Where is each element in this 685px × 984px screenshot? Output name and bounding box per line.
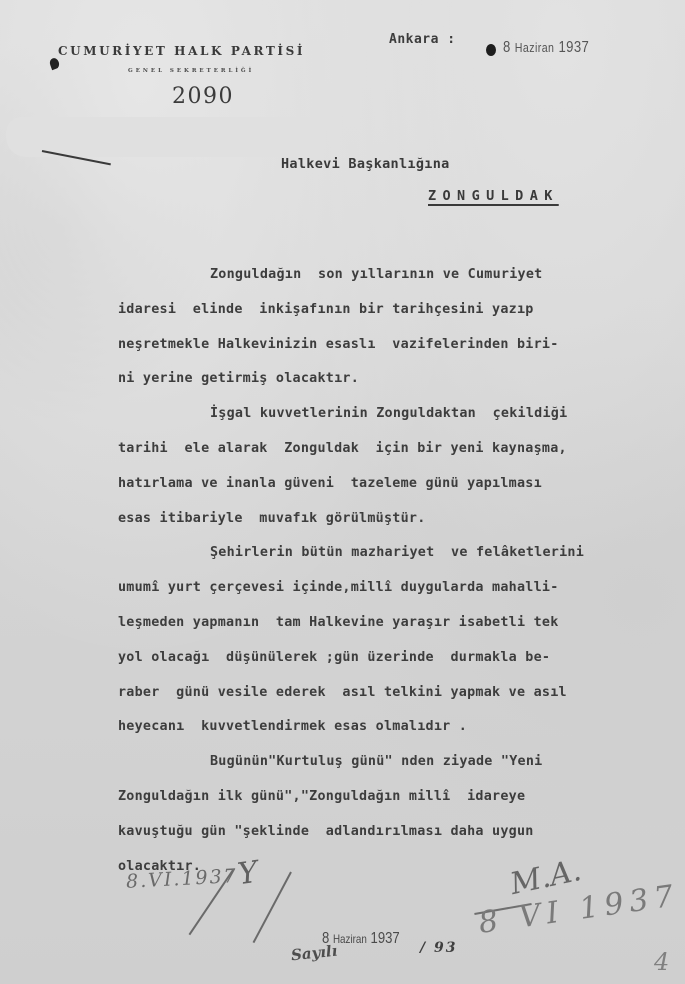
date-stamp: 8 Haziran 1937 — [503, 39, 589, 57]
page-number: 4 — [654, 948, 669, 976]
body-line: tarihi ele alarak Zonguldak için bir yen… — [118, 432, 658, 467]
body-line: Şehirlerin bütün mazhariyet ve felâketle… — [118, 536, 658, 571]
body-line: Zonguldağın ilk günü","Zonguldağın millî… — [118, 780, 658, 815]
addressee-title: Halkevi Başkanlığına — [281, 156, 450, 172]
body-line: ni yerine getirmiş olacaktır. — [118, 362, 658, 397]
body-line: hatırlama ve inanla güveni tazeleme günü… — [118, 467, 658, 502]
date-stamp-day: 8 — [503, 39, 511, 56]
letterhead-subtitle: GENEL SEKRETERLİĞİ — [128, 68, 254, 74]
body-line: neşretmekle Halkevinizin esaslı vazifele… — [118, 328, 658, 363]
body-line: İşgal kuvvetlerinin Zonguldaktan çekildi… — [118, 397, 658, 432]
letterhead-party-name: CUMURİYET HALK PARTİSİ — [58, 44, 305, 58]
addressee-city: ZONGULDAK — [428, 188, 559, 204]
body-line: heyecanı kuvvetlendirmek esas olmalıdır … — [118, 710, 658, 745]
date-stamp-year: 1937 — [558, 39, 589, 56]
date-stamp-month: Haziran — [515, 40, 555, 55]
body-line: umumî yurt çerçevesi içinde,millî duygul… — [118, 571, 658, 606]
stamp-dot-icon — [486, 44, 496, 56]
document-number: 2090 — [172, 84, 234, 109]
receipt-stamp-month: Haziran — [333, 932, 367, 946]
body-line: esas itibariyle muvafık görülmüştür. — [118, 502, 658, 537]
body-line: leşmeden yapmanın tam Halkevine yaraşır … — [118, 606, 658, 641]
body-line: Bugünün"Kurtuluş günü" nden ziyade "Yeni — [118, 745, 658, 780]
body-line: kavuştuğu gün "şeklinde adlandırılması d… — [118, 815, 658, 850]
letter-body: Zonguldağın son yıllarının ve Cumuriyeti… — [118, 258, 658, 884]
body-line: raber günü vesile ederek asıl telkini ya… — [118, 676, 658, 711]
receipt-number: / 93 — [420, 940, 457, 956]
receipt-stamp-year: 1937 — [371, 930, 400, 947]
place-label: Ankara : — [389, 32, 456, 47]
body-line: yol olacağı düşünülerek ;gün üzerinde du… — [118, 641, 658, 676]
body-line: idaresi elinde inkişafının bir tarihçesi… — [118, 293, 658, 328]
body-line: Zonguldağın son yıllarının ve Cumuriyet — [118, 258, 658, 293]
